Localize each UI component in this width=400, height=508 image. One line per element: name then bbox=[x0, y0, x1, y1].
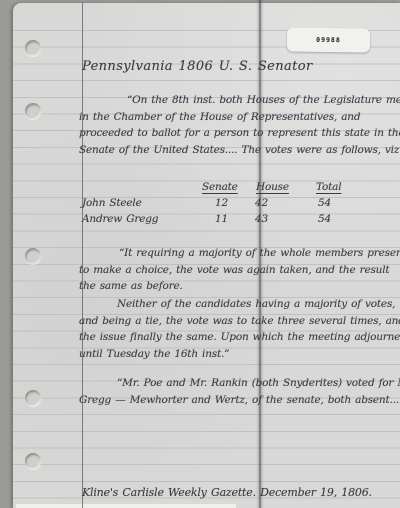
total-votes: 54 bbox=[318, 195, 331, 212]
handwritten-line: the same as before. bbox=[79, 278, 400, 295]
house-votes: 42 bbox=[255, 195, 268, 212]
handwritten-line: “It requiring a majority of the whole me… bbox=[79, 245, 400, 262]
senate-votes: 12 bbox=[215, 195, 228, 212]
punch-hole bbox=[25, 103, 41, 119]
candidate-name: John Steele bbox=[82, 195, 142, 212]
handwritten-line: in the Chamber of the House of Represent… bbox=[79, 109, 400, 126]
punch-hole bbox=[25, 248, 41, 264]
handwritten-line: proceeded to ballot for a person to repr… bbox=[79, 125, 400, 142]
house-votes: 43 bbox=[255, 211, 268, 228]
paragraph-3: Neither of the candidates having a major… bbox=[79, 296, 400, 363]
punch-hole bbox=[25, 40, 41, 56]
table-header-senate: Senate bbox=[202, 179, 238, 196]
paragraph-4: “Mr. Poe and Mr. Rankin (both Snyderites… bbox=[79, 375, 400, 408]
candidate-name: Andrew Gregg bbox=[82, 211, 158, 228]
catalog-sticker: 09988 bbox=[287, 27, 370, 52]
punch-hole bbox=[25, 390, 41, 406]
handwritten-line: the issue finally the same. Upon which t… bbox=[79, 329, 400, 346]
punch-hole bbox=[25, 453, 41, 469]
senate-votes: 11 bbox=[215, 211, 228, 228]
table-header-house: House bbox=[256, 179, 289, 196]
total-votes: 54 bbox=[318, 211, 331, 228]
handwritten-line: “Mr. Poe and Mr. Rankin (both Snyderites… bbox=[79, 375, 400, 392]
handwritten-line: Gregg — Mewhorter and Wertz, of the sena… bbox=[79, 392, 400, 409]
handwritten-line: to make a choice, the vote was again tak… bbox=[79, 262, 400, 279]
handwritten-line: until Tuesday the 16th inst.” bbox=[79, 346, 400, 363]
handwritten-line: Neither of the candidates having a major… bbox=[79, 296, 400, 313]
sticker-code: 09988 bbox=[316, 36, 341, 44]
table-header-total: Total bbox=[316, 179, 341, 196]
paragraph-1: “On the 8th inst. both Houses of the Leg… bbox=[79, 92, 400, 159]
paragraph-2: “It requiring a majority of the whole me… bbox=[79, 245, 400, 295]
handwritten-line: Senate of the United States.... The vote… bbox=[79, 142, 400, 159]
page-title: Pennsylvania 1806 U. S. Senator bbox=[82, 59, 313, 76]
handwritten-line: “On the 8th inst. both Houses of the Leg… bbox=[79, 92, 400, 109]
source-citation: Kline's Carlisle Weekly Gazette. Decembe… bbox=[82, 485, 372, 502]
handwritten-line: and being a tie, the vote was to take th… bbox=[79, 313, 400, 330]
